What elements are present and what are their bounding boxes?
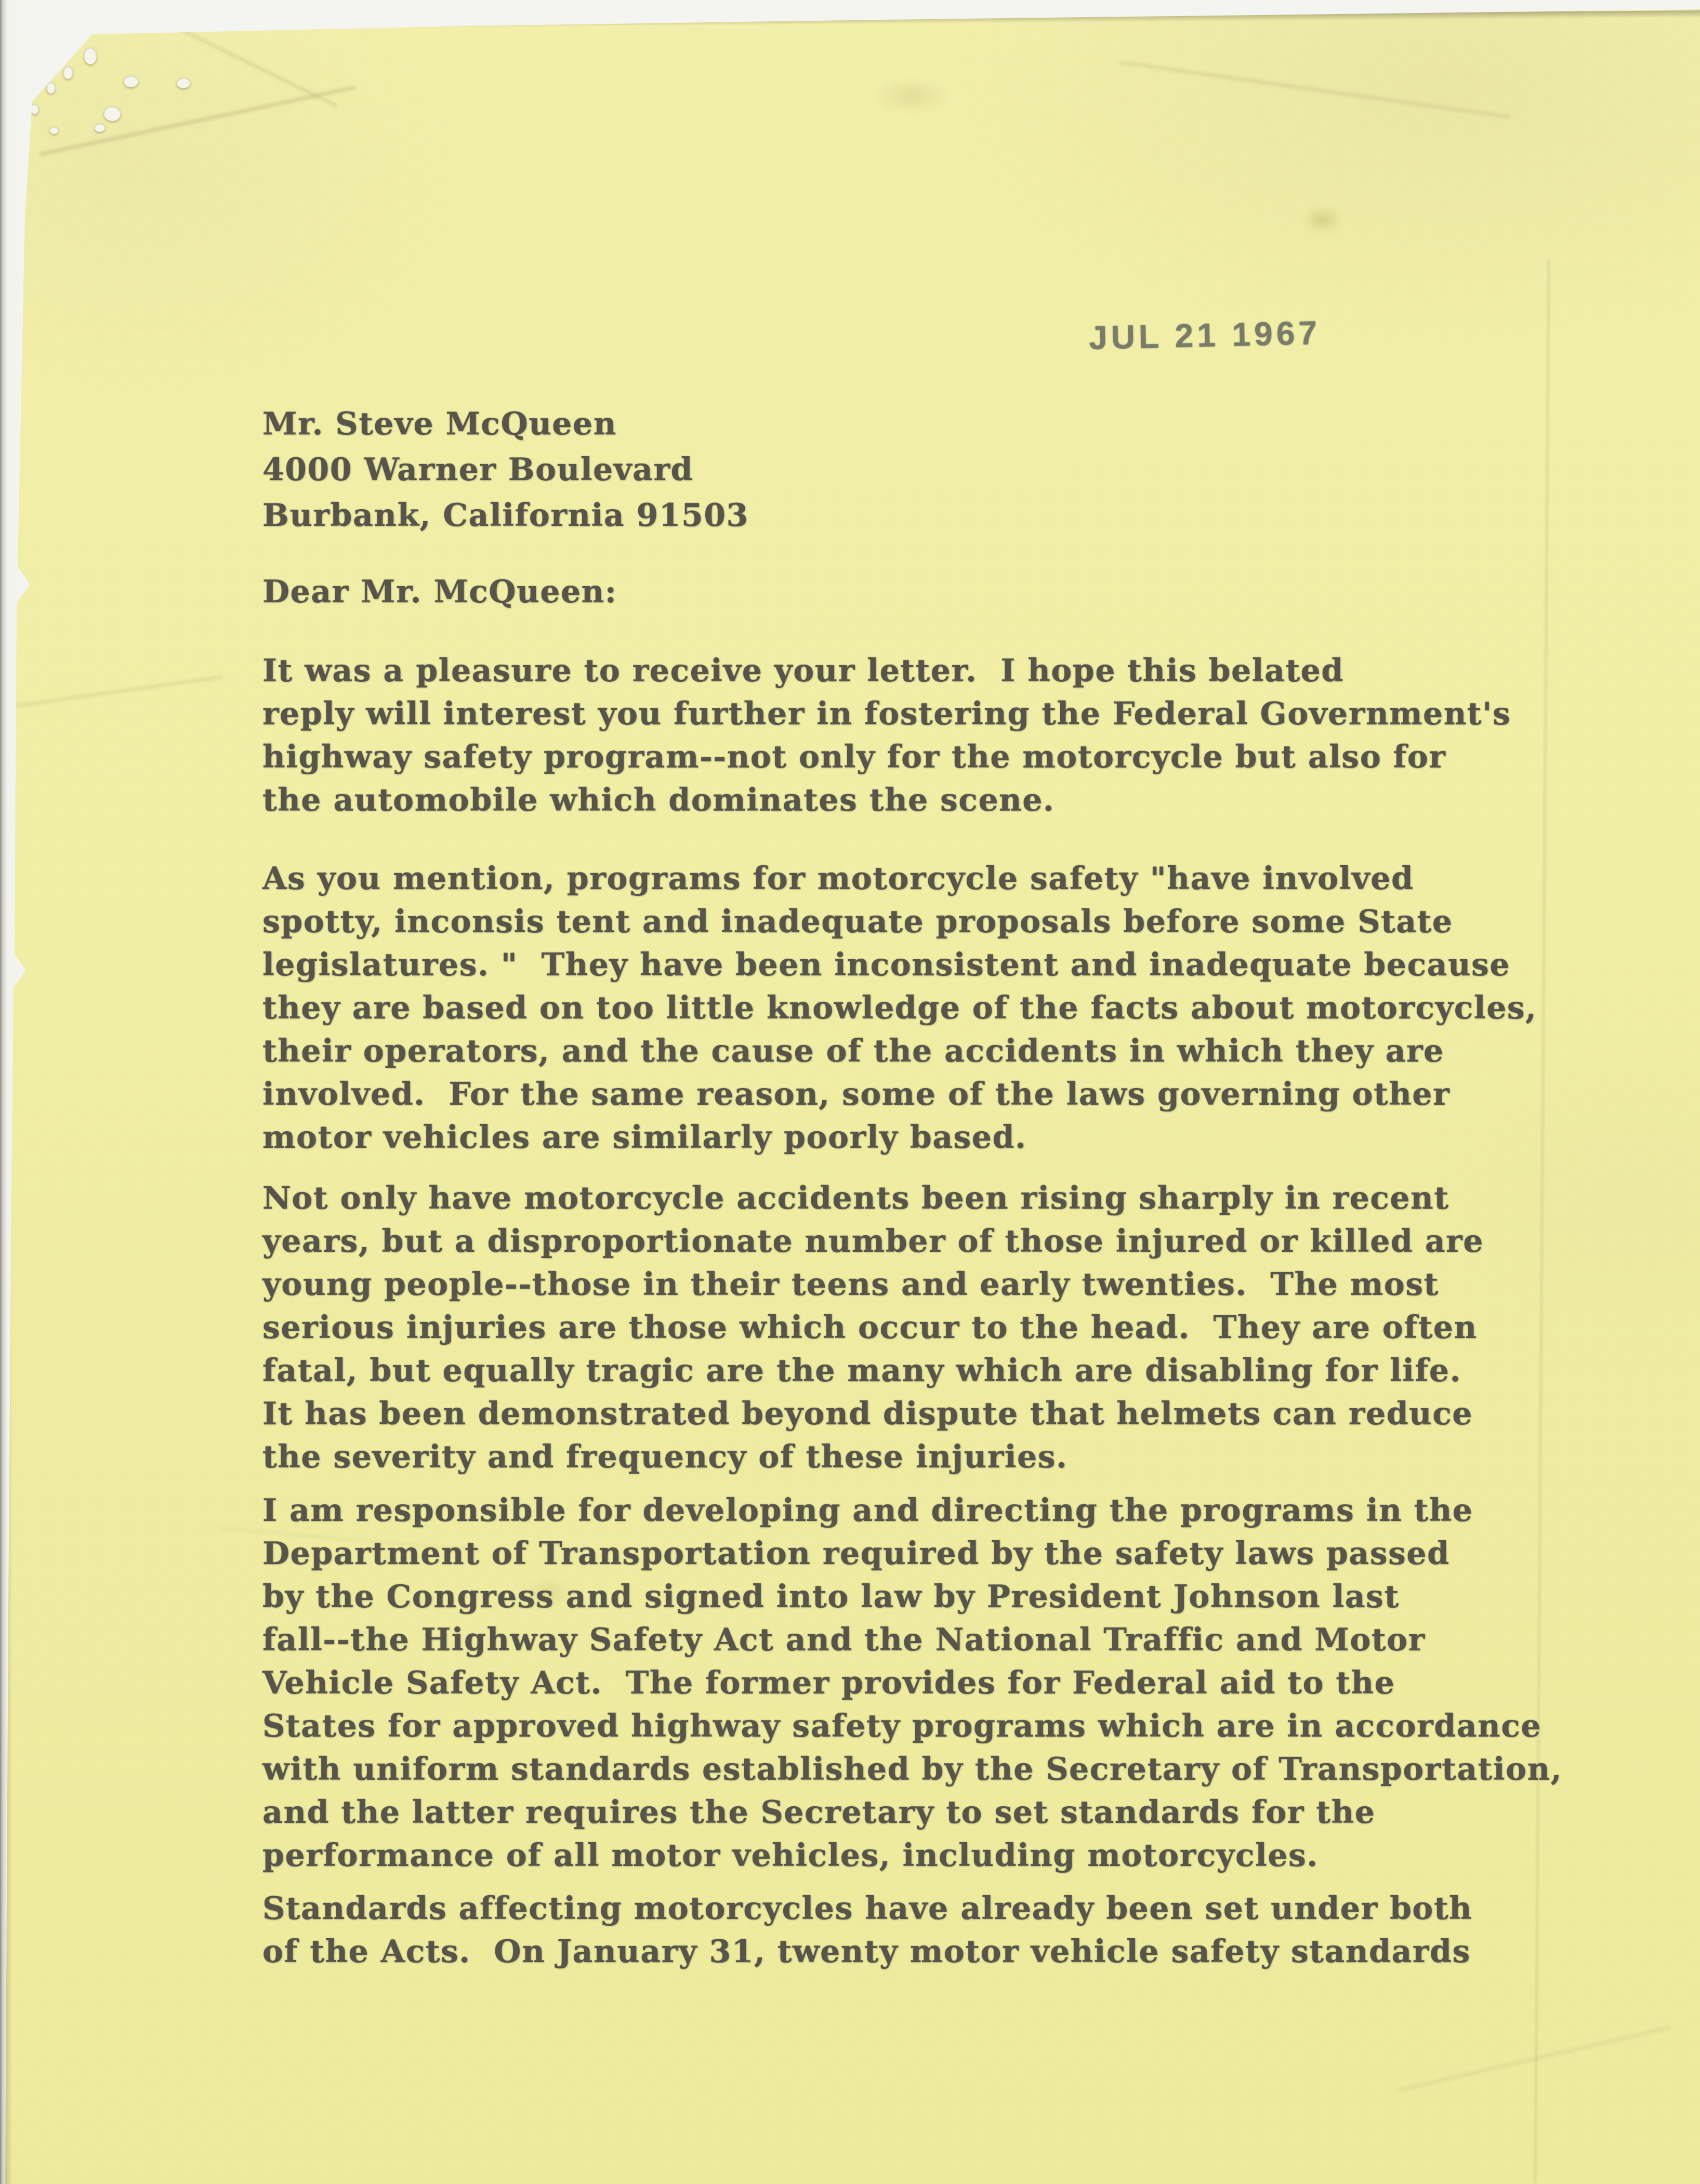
paper-left-edge-shadow	[4, 94, 12, 2184]
paragraph-5: Standards affecting motorcycles have alr…	[262, 1887, 1472, 1974]
text-line: highway safety program--not only for the…	[262, 736, 1511, 779]
text-line: with uniform standards established by th…	[262, 1748, 1562, 1791]
text-line: reply will interest you further in foste…	[262, 693, 1511, 736]
paper-stain	[1302, 205, 1343, 234]
paper-crease	[1119, 61, 1510, 118]
paper-top-edge-shadow	[31, 10, 1700, 31]
text-line: they are based on too little knowledge o…	[262, 987, 1537, 1030]
text-line: I am responsible for developing and dire…	[262, 1489, 1562, 1532]
staple-hole	[177, 78, 190, 88]
staple-hole	[104, 107, 121, 121]
paper-crease	[1396, 2026, 1670, 2092]
text-line: motor vehicles are similarly poorly base…	[262, 1116, 1537, 1159]
text-line: Vehicle Safety Act. The former provides …	[262, 1662, 1562, 1705]
salutation-text: Dear Mr. McQueen:	[262, 574, 617, 610]
text-line: It was a pleasure to receive your letter…	[262, 650, 1511, 693]
text-line: by the Congress and signed into law by P…	[262, 1576, 1562, 1619]
text-line: Not only have motorcycle accidents been …	[262, 1177, 1484, 1220]
text-line: the severity and frequency of these inju…	[262, 1436, 1484, 1479]
paper-crease	[39, 86, 355, 156]
recipient-address: Mr. Steve McQueen4000 Warner BoulevardBu…	[262, 401, 749, 538]
paper-crease	[140, 9, 337, 107]
staple-hole	[63, 67, 73, 79]
text-line: Mr. Steve McQueen	[262, 401, 749, 447]
text-line: fatal, but equally tragic are the many w…	[262, 1349, 1484, 1393]
paragraph-2: As you mention, programs for motorcycle …	[262, 857, 1537, 1159]
staple-hole	[50, 127, 58, 134]
text-line: legislatures. " They have been inconsist…	[262, 944, 1537, 987]
staple-hole	[124, 76, 138, 87]
text-line: of the Acts. On January 31, twenty motor…	[262, 1930, 1472, 1974]
staple-hole	[84, 48, 97, 64]
date-stamp: JUL 21 1967	[1088, 313, 1321, 357]
paragraph-3: Not only have motorcycle accidents been …	[262, 1177, 1484, 1479]
paper-crease	[1, 676, 223, 709]
text-line: and the latter requires the Secretary to…	[262, 1791, 1562, 1834]
text-line: the automobile which dominates the scene…	[262, 779, 1511, 822]
text-line: 4000 Warner Boulevard	[262, 447, 749, 493]
text-line: fall--the Highway Safety Act and the Nat…	[262, 1619, 1562, 1662]
text-line: serious injuries are those which occur t…	[262, 1306, 1484, 1349]
text-line: their operators, and the cause of the ac…	[262, 1030, 1537, 1073]
paper-crease	[1534, 260, 1550, 2182]
text-line: Burbank, California 91503	[262, 493, 749, 538]
staple-hole	[31, 104, 38, 114]
paper-stain	[873, 78, 951, 114]
text-line: young people--those in their teens and e…	[262, 1263, 1484, 1306]
text-line: years, but a disproportionate number of …	[262, 1220, 1484, 1263]
text-line: spotty, inconsis tent and inadequate pro…	[262, 901, 1537, 944]
salutation: Dear Mr. McQueen:	[262, 571, 617, 614]
text-line: States for approved highway safety progr…	[262, 1705, 1562, 1748]
letter-paper: JUL 21 1967 Mr. Steve McQueen4000 Warner…	[0, 0, 1700, 2184]
scanned-letter: JUL 21 1967 Mr. Steve McQueen4000 Warner…	[0, 0, 1700, 2184]
staple-hole	[95, 124, 105, 132]
text-line: involved. For the same reason, some of t…	[262, 1073, 1537, 1116]
text-line: As you mention, programs for motorcycle …	[262, 857, 1537, 901]
text-line: Standards affecting motorcycles have alr…	[262, 1887, 1472, 1930]
paragraph-1: It was a pleasure to receive your letter…	[262, 650, 1511, 822]
paragraph-4: I am responsible for developing and dire…	[262, 1489, 1562, 1877]
staple-hole	[47, 82, 55, 94]
text-line: performance of all motor vehicles, inclu…	[262, 1834, 1562, 1877]
text-line: Department of Transportation required by…	[262, 1532, 1562, 1576]
text-line: It has been demonstrated beyond dispute …	[262, 1393, 1484, 1436]
